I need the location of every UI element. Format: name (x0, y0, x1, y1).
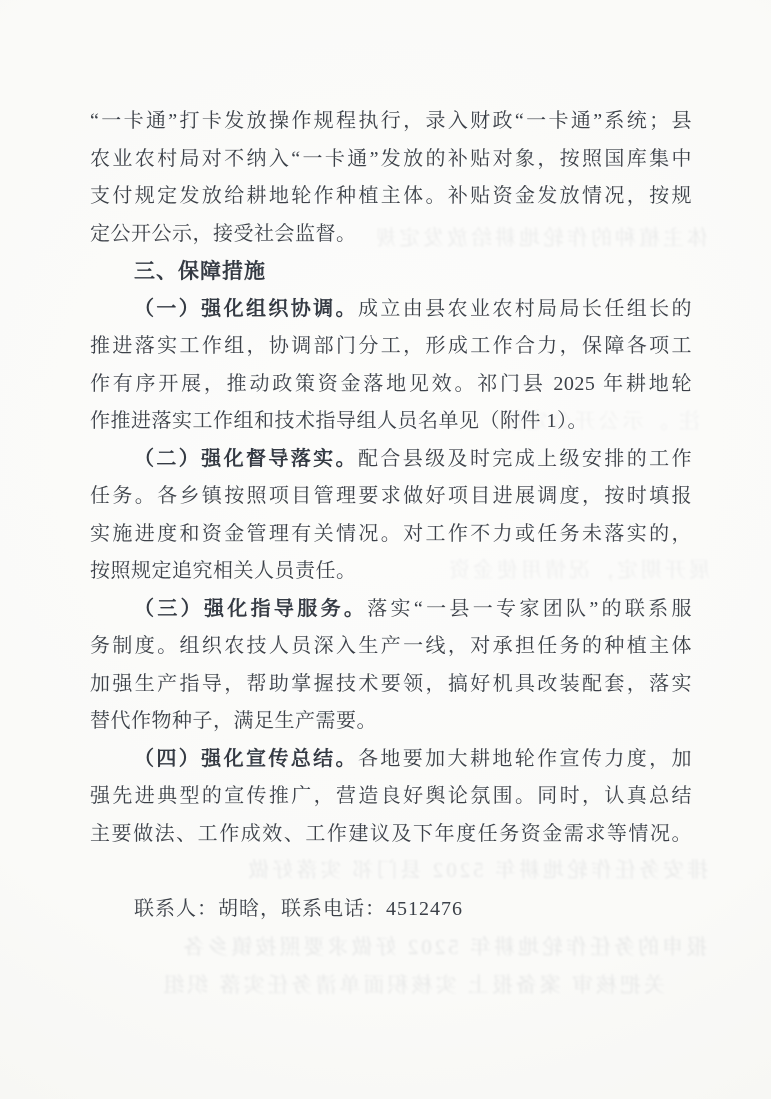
item-4-first-rest: 各地要加大耕地轮作宣传力度，加 (358, 748, 692, 770)
paragraph-line: 任务。各乡镇按照项目管理要求做好项目进展调度，按时填报 (90, 478, 692, 516)
item-3-first-rest: 落实“一县一专家团队”的联系服 (367, 598, 692, 620)
paragraph-line: （二）强化督导落实。配合县级及时完成上级安排的工作 (90, 441, 692, 479)
item-3-lead: （三）强化指导服务。 (134, 598, 367, 620)
item-1-lead: （一）强化组织协调。 (134, 298, 358, 320)
item-1-first-rest: 成立由县农业农村局局长任组长的 (358, 298, 692, 320)
paragraph-line: 加强生产指导，帮助掌握技术要领，搞好机具改装配套，落实 (90, 666, 692, 704)
bleed-through-artifact: 报申的务任作轮地耕年 5202 好做求要照按镇乡各 (95, 933, 707, 961)
paragraph-line: 按照规定追究相关人员责任。 (90, 553, 692, 591)
paragraph-line: 定公开公示，接受社会监督。 (90, 216, 692, 254)
paragraph-line: “一卡通”打卡发放操作规程执行，录入财政“一卡通”系统；县 (90, 103, 692, 141)
paragraph-line: 作推进落实工作组和技术指导组人员名单见（附件 1）。 (90, 403, 692, 441)
section-heading: 三、保障措施 (90, 253, 692, 291)
paragraph-line: 务制度。组织农技人员深入生产一线，对承担任务的种植主体 (90, 628, 692, 666)
document-body: “一卡通”打卡发放操作规程执行，录入财政“一卡通”系统；县 农业农村局对不纳入“… (90, 103, 692, 928)
paragraph-line: 实施进度和资金管理有关情况。对工作不力或任务未落实的， (90, 516, 692, 554)
paragraph-line: 强先进典型的宣传推广，营造良好舆论氛围。同时，认真总结 (90, 778, 692, 816)
paragraph-line: 作有序开展，推动政策资金落地见效。祁门县 2025 年耕地轮 (90, 366, 692, 404)
bleed-through-artifact: 关把核审 案备报上 实核积面单清务任实落 织组 (95, 971, 665, 999)
paragraph-line: 主要做法、工作成效、工作建议及下年度任务资金需求等情况。 (90, 816, 692, 854)
blank-line (90, 853, 692, 891)
paragraph-line: （四）强化宣传总结。各地要加大耕地轮作宣传力度，加 (90, 741, 692, 779)
paragraph-line: 农业农村局对不纳入“一卡通”发放的补贴对象，按照国库集中 (90, 141, 692, 179)
item-2-first-rest: 配合县级及时完成上级安排的工作 (358, 448, 692, 470)
scanned-document-page: 体主植种的作轮地耕给放发定规 注 。示公开公定按 展开期定，况情用使金资 排安务… (0, 0, 771, 1099)
item-4-lead: （四）强化宣传总结。 (134, 748, 358, 770)
contact-line: 联系人：胡晗，联系电话：4512476 (90, 891, 692, 929)
item-2-lead: （二）强化督导落实。 (134, 448, 358, 470)
paragraph-line: （一）强化组织协调。成立由县农业农村局局长任组长的 (90, 291, 692, 329)
paragraph-line: 推进落实工作组，协调部门分工，形成工作合力，保障各项工 (90, 328, 692, 366)
paragraph-line: 支付规定发放给耕地轮作种植主体。补贴资金发放情况，按规 (90, 178, 692, 216)
paragraph-line: 替代作物种子，满足生产需要。 (90, 703, 692, 741)
paragraph-line: （三）强化指导服务。落实“一县一专家团队”的联系服 (90, 591, 692, 629)
